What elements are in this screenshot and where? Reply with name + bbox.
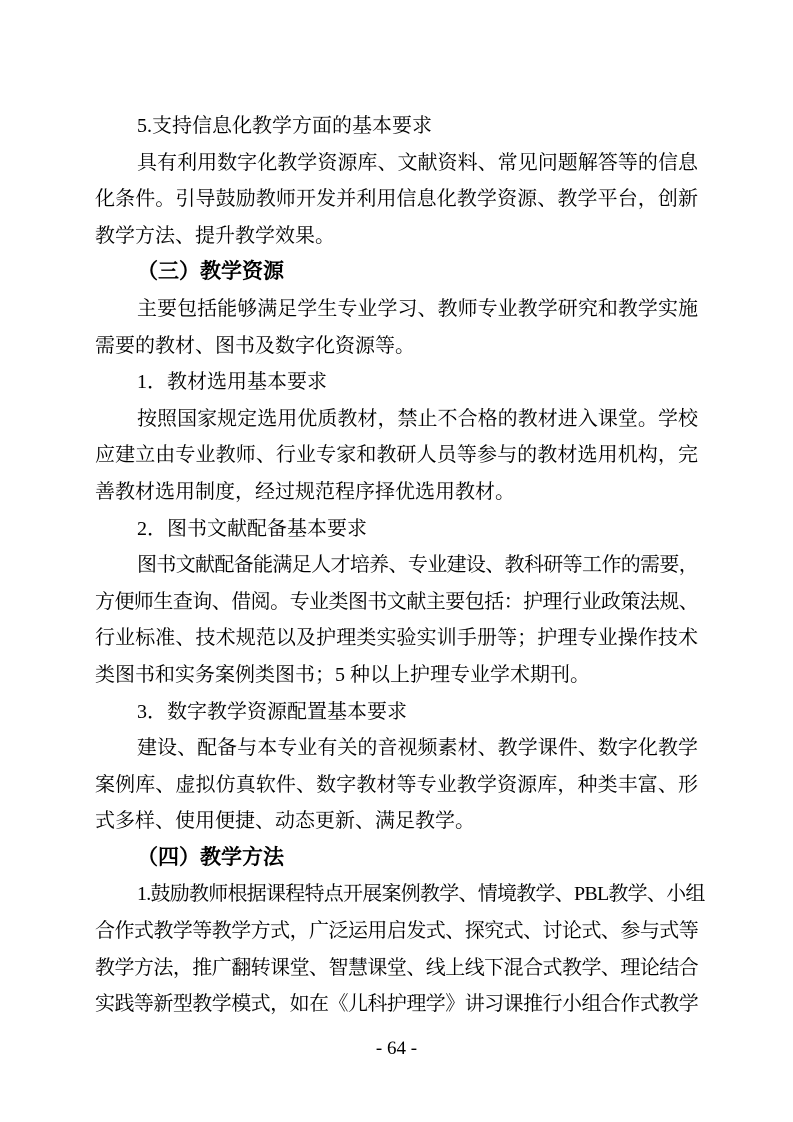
- paragraph-line: 化条件。引导鼓励教师开发并利用信息化教学资源、教学平台，创新: [95, 181, 698, 218]
- paragraph-line: 合作式教学等教学方式，广泛运用启发式、探究式、讨论式、参与式等: [95, 913, 698, 950]
- paragraph-line: 教学方法，推广翻转课堂、智慧课堂、线上线下混合式教学、理论结合: [95, 950, 698, 987]
- paragraph-line: 主要包括能够满足学生专业学习、教师专业教学研究和教学实施: [95, 291, 698, 328]
- paragraph-line: 具有利用数字化教学资源库、文献资料、常见问题解答等的信息: [95, 145, 698, 182]
- paragraph-line: 方便师生查询、借阅。专业类图书文献主要包括：护理行业政策法规、: [95, 584, 698, 621]
- paragraph-line: 实践等新型教学模式，如在《儿科护理学》讲习课推行小组合作式教学: [95, 986, 698, 1023]
- section-heading-teaching-methods: （四）教学方法: [95, 840, 698, 877]
- item-heading: 1．教材选用基本要求: [95, 364, 698, 401]
- document-page: 5.支持信息化教学方面的基本要求 具有利用数字化教学资源库、文献资料、常见问题解…: [0, 0, 793, 1122]
- item-heading: 3．数字教学资源配置基本要求: [95, 694, 698, 731]
- paragraph-line: 案例库、虚拟仿真软件、数字教材等专业教学资源库，种类丰富、形: [95, 767, 698, 804]
- paragraph-line: 善教材选用制度，经过规范程序择优选用教材。: [95, 474, 698, 511]
- paragraph-line: 图书文献配备能满足人才培养、专业建设、教科研等工作的需要，: [95, 547, 698, 584]
- paragraph-line: 类图书和实务案例类图书；5 种以上护理专业学术期刊。: [95, 657, 698, 694]
- item-heading: 5.支持信息化教学方面的基本要求: [95, 108, 698, 145]
- paragraph-line: 按照国家规定选用优质教材，禁止不合格的教材进入课堂。学校: [95, 401, 698, 438]
- paragraph-line: 需要的教材、图书及数字化资源等。: [95, 328, 698, 365]
- paragraph-line: 行业标准、技术规范以及护理类实验实训手册等；护理专业操作技术: [95, 620, 698, 657]
- paragraph-line: 式多样、使用便捷、动态更新、满足教学。: [95, 803, 698, 840]
- paragraph-line: 教学方法、提升教学效果。: [95, 218, 698, 255]
- paragraph-line: 建设、配备与本专业有关的音视频素材、教学课件、数字化教学: [95, 730, 698, 767]
- item-heading: 2．图书文献配备基本要求: [95, 511, 698, 548]
- paragraph-line: 应建立由专业教师、行业专家和教研人员等参与的教材选用机构，完: [95, 437, 698, 474]
- section-heading-teaching-resources: （三）教学资源: [95, 254, 698, 291]
- paragraph-line: 1.鼓励教师根据课程特点开展案例教学、情境教学、PBL教学、小组: [95, 876, 698, 913]
- document-body: 5.支持信息化教学方面的基本要求 具有利用数字化教学资源库、文献资料、常见问题解…: [95, 108, 698, 1023]
- page-number: - 64 -: [0, 1038, 793, 1060]
